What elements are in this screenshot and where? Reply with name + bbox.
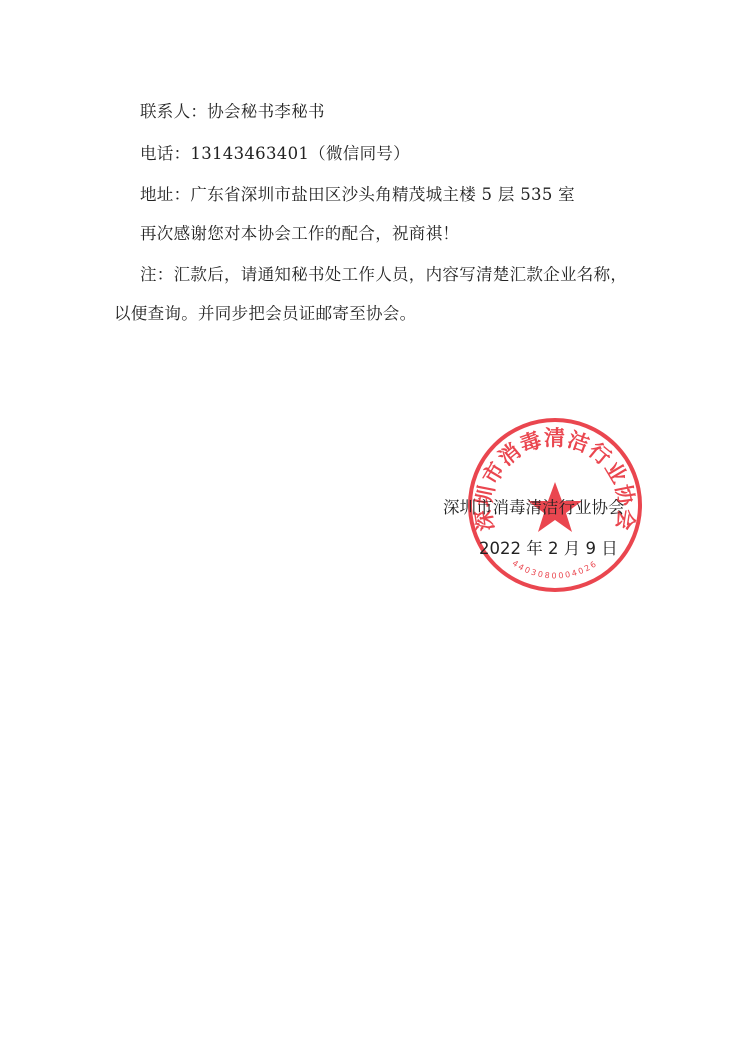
phone-line: 电话：13143463401（微信同号） <box>140 140 410 164</box>
contact-line: 联系人：协会秘书李秘书 <box>140 98 325 122</box>
document-page: 联系人：协会秘书李秘书 电话：13143463401（微信同号） 地址：广东省深… <box>0 0 750 1060</box>
address-line: 地址：广东省深圳市盐田区沙头角精茂城主楼 5 层 535 室 <box>140 181 575 205</box>
signature-organization: 深圳市消毒清洁行业协会 <box>443 494 625 518</box>
thanks-line: 再次感谢您对本协会工作的配合，祝商祺！ <box>140 220 459 244</box>
note-line-2: 以便查询。并同步把会员证邮寄至协会。 <box>114 300 416 324</box>
note-line-1: 注：汇款后，请通知秘书处工作人员，内容写清楚汇款企业名称， <box>140 261 627 285</box>
signature-date: 2022 年 2 月 9 日 <box>479 535 618 559</box>
svg-text:4403080004026: 4403080004026 <box>511 559 600 581</box>
